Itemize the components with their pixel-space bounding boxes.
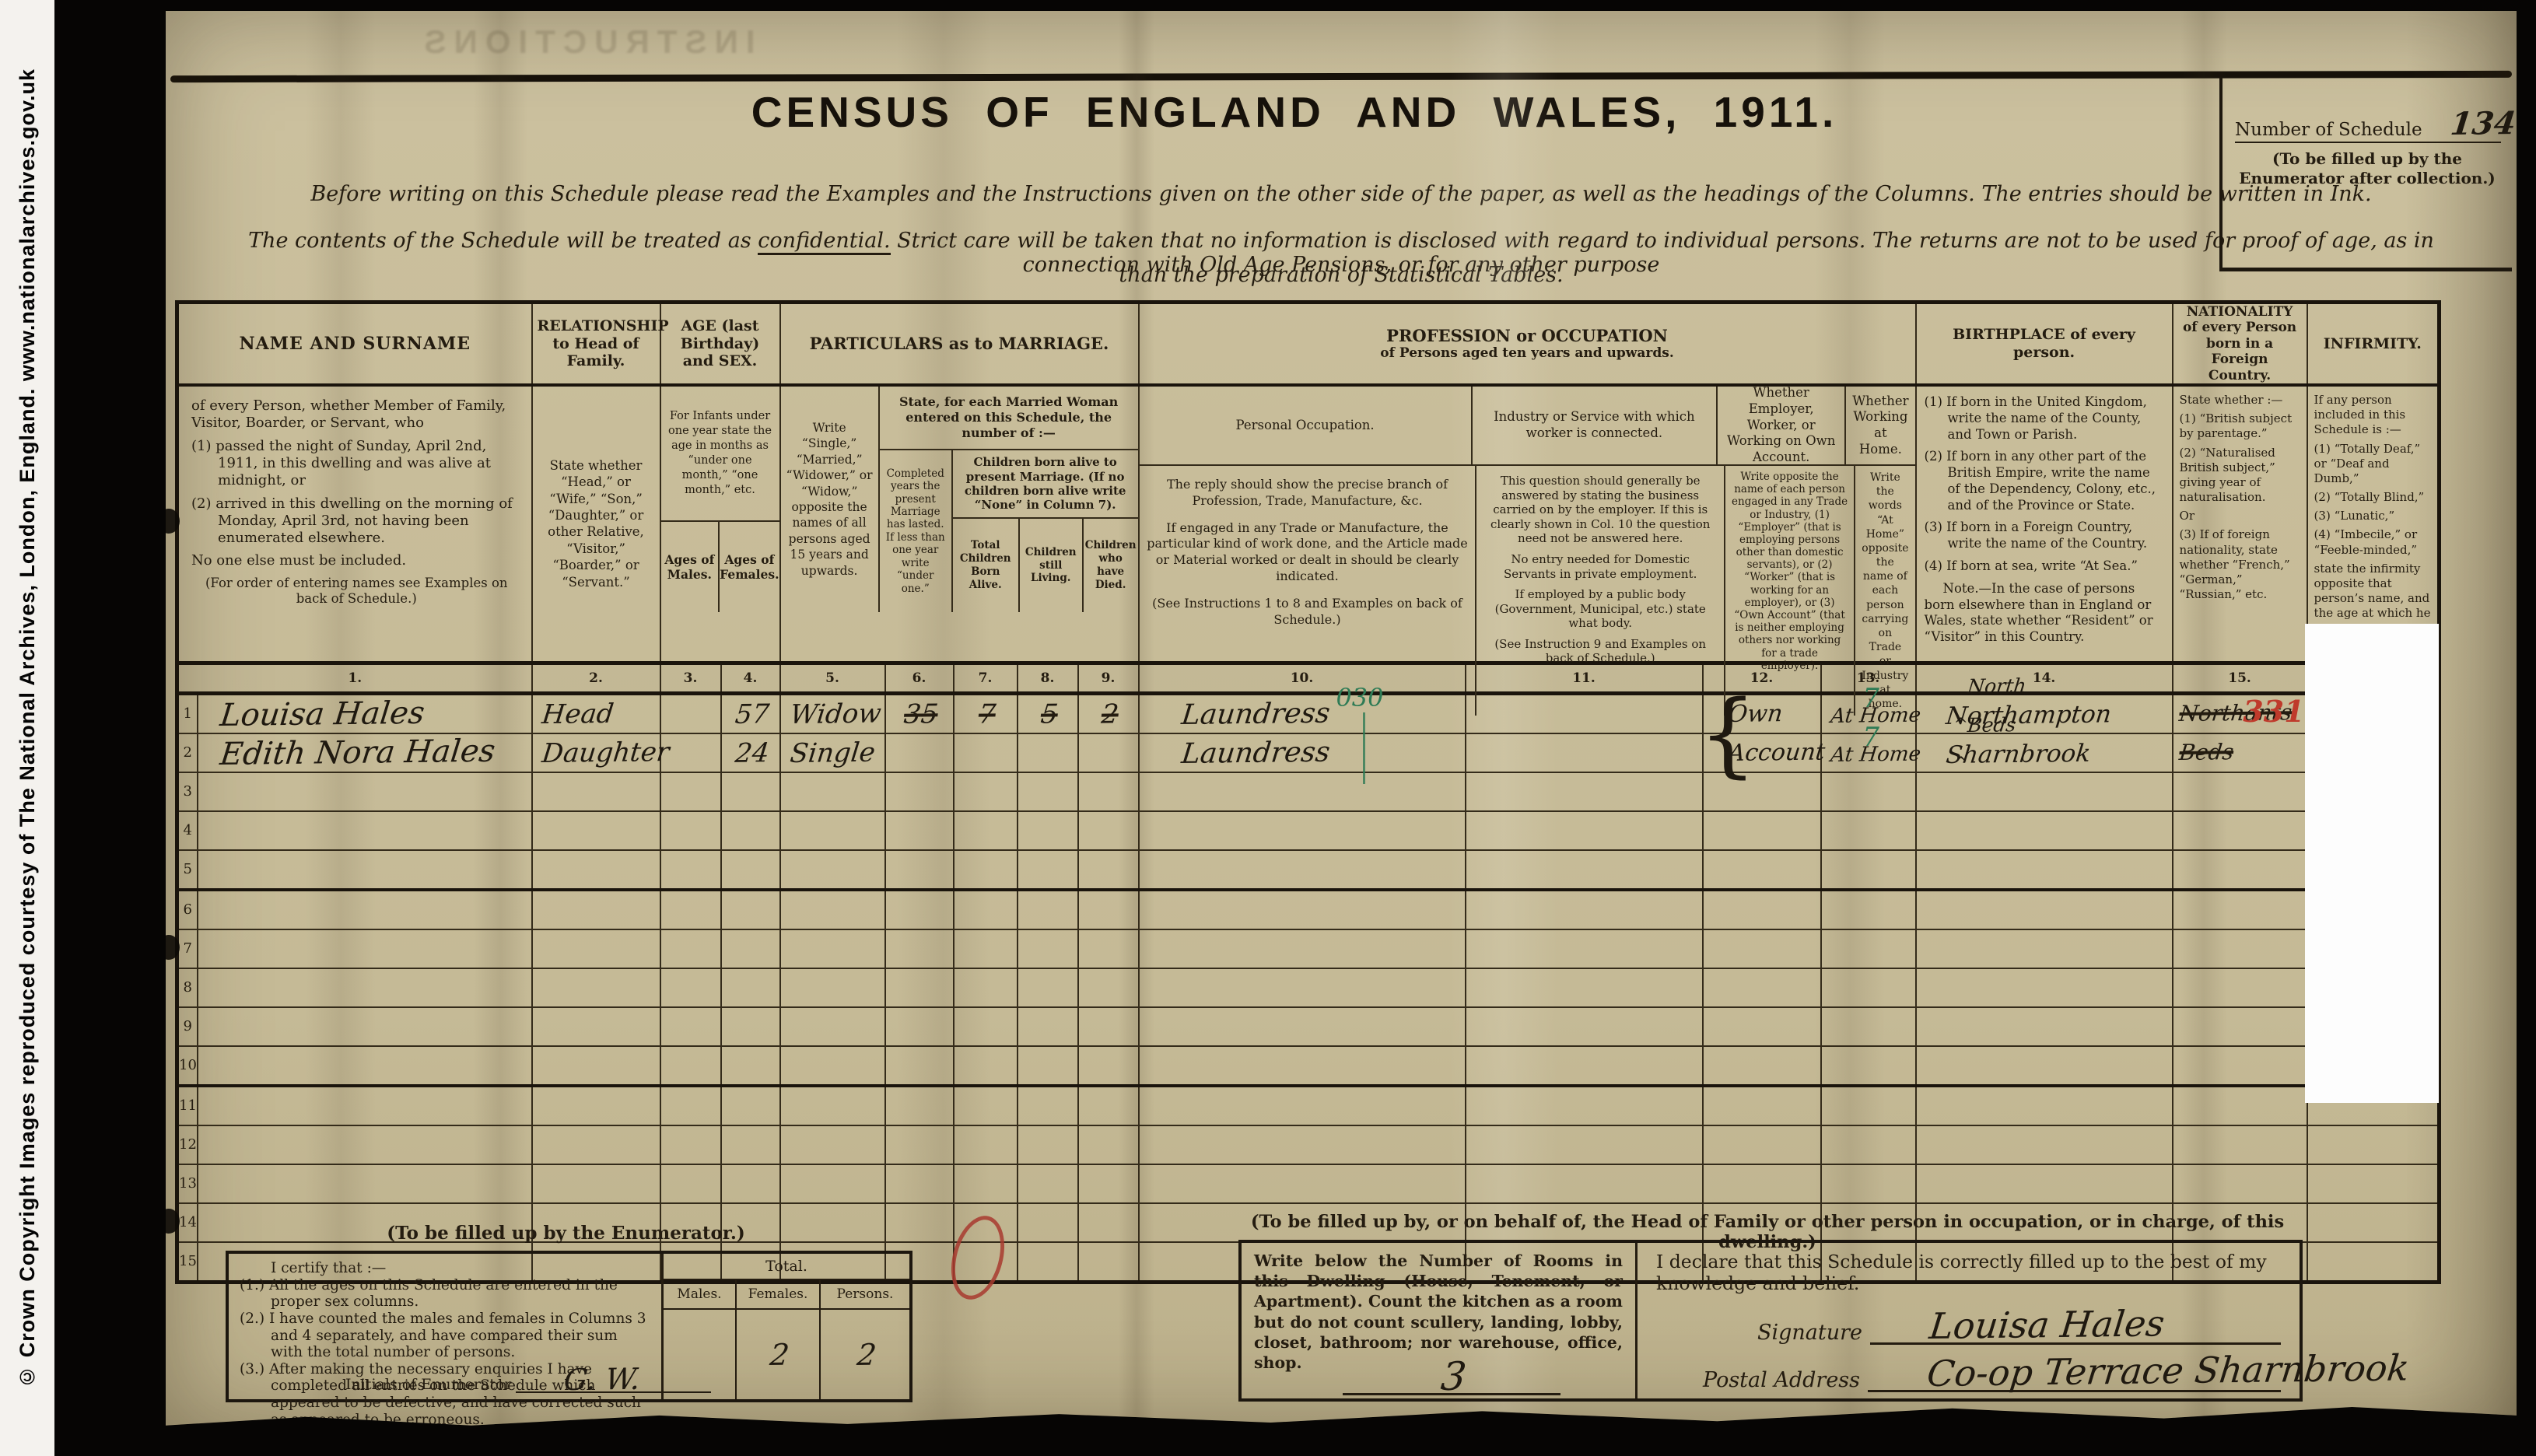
- handwritten-marital: Single: [789, 740, 877, 767]
- nationality-desc-line: State whether :—: [2180, 393, 2300, 408]
- handwritten-initials: G. W.: [562, 1364, 642, 1395]
- header-age: AGE (last Birthday) and SEX.: [660, 303, 780, 385]
- schedule-number-note: (To be filled up by the Enumerator after…: [2223, 149, 2512, 188]
- row-number: 15: [177, 1242, 198, 1283]
- header-birthplace: BIRTHPLACE of every person.: [1916, 303, 2173, 385]
- census-table: NAME AND SURNAME RELATIONSHIP to Head of…: [175, 300, 2441, 1284]
- entry-age-male: [660, 693, 721, 733]
- table-row: 11: [177, 1086, 2440, 1125]
- occupation-desc-line: (See Instructions 1 to 8 and Examples on…: [1146, 596, 1469, 628]
- employer-worker-label: Whether Employer, Worker, or Working on …: [1718, 387, 1846, 464]
- row-number: 13: [177, 1164, 198, 1203]
- table-row: 7: [177, 929, 2440, 968]
- handwritten-name: Louisa Hales: [219, 698, 426, 731]
- industry-desc-line: If employed by a public body (Government…: [1483, 587, 1718, 631]
- column-number: 3.: [660, 663, 721, 693]
- handwritten-brace: {: [1699, 688, 1757, 779]
- postal-address-line: Co-op Terrace Sharnbrook: [1868, 1381, 2281, 1392]
- header-description-row: of every Person, whether Member of Famil…: [177, 385, 2440, 663]
- enumerator-section-heading: (To be filled up by the Enumerator.): [226, 1223, 906, 1244]
- entry-industry: [1466, 733, 1703, 772]
- married-woman-note: State, for each Married Woman entered on…: [880, 387, 1138, 450]
- confidential-word: confidential.: [758, 229, 890, 255]
- header-marriage: PARTICULARS as to MARRIAGE.: [780, 303, 1139, 385]
- entry-marital: Single: [780, 733, 885, 772]
- handwritten-struck-value: 7: [955, 701, 1020, 728]
- copyright-sidebar: © Crown Copyright Images reproduced cour…: [0, 0, 54, 1456]
- birthplace-desc-note: Note.—In the case of persons born elsewh…: [1925, 581, 2164, 646]
- row-number: 4: [177, 811, 198, 850]
- rooms-instruction: Write below the Number of Rooms in this …: [1254, 1251, 1623, 1373]
- column-number: 8.: [1018, 663, 1078, 693]
- entry-at-home: 7At Home: [1821, 733, 1916, 772]
- entry-age-female: 57: [721, 693, 780, 733]
- row-number: 8: [177, 968, 198, 1007]
- inserted-county-annotation: Beds: [1967, 715, 2017, 735]
- certify-intro: I certify that :—: [240, 1260, 653, 1277]
- certification-text: I certify that :— (1.) All the ages on t…: [229, 1254, 661, 1399]
- age-infants-note: For Infants under one year state the age…: [661, 387, 779, 522]
- table-row: 9: [177, 1007, 2440, 1046]
- postal-address-row: Postal Address Co-op Terrace Sharnbrook: [1703, 1368, 2281, 1392]
- instruction-line-3: than the preparation of Statistical Tabl…: [166, 263, 2517, 287]
- header-profession-sub: of Persons aged ten years and upwards.: [1144, 345, 1911, 361]
- census-scan-page: © Crown Copyright Images reproduced cour…: [0, 0, 2536, 1456]
- profession-column-description: Personal Occupation. Industry or Service…: [1139, 385, 1916, 663]
- row-number: 3: [177, 772, 198, 811]
- column-number: 7.: [954, 663, 1018, 693]
- infirmity-column-description: If any person included in this Schedule …: [2307, 385, 2440, 663]
- header-name: NAME AND SURNAME: [177, 303, 532, 385]
- census-table-body: 1 Louisa Hales Head 57 Widow 35 7 5 2 La…: [177, 693, 2440, 1282]
- marriage-write-single-note: Write “Single,” “Married,” “Widower,” or…: [781, 387, 880, 612]
- infirmity-desc-line: (3) “Lunatic,”: [2314, 509, 2432, 523]
- children-living-label: Children still Living.: [1020, 519, 1084, 612]
- name-desc-line: of every Person, whether Member of Famil…: [191, 397, 522, 432]
- table-row: 8: [177, 968, 2440, 1007]
- copyright-text: © Crown Copyright Images reproduced cour…: [16, 68, 40, 1388]
- instruction-line-1: Before writing on this Schedule please r…: [166, 182, 2517, 206]
- entry-employment: {Own: [1703, 693, 1821, 733]
- name-column-description: of every Person, whether Member of Famil…: [177, 385, 532, 663]
- name-desc-line: (For order of entering names see Example…: [191, 576, 522, 607]
- handwritten-struck-value: 5: [1018, 701, 1081, 728]
- age-column-description: For Infants under one year state the age…: [660, 385, 780, 663]
- certify-item: (1.) All the ages on this Schedule are e…: [240, 1277, 653, 1311]
- table-row: 3: [177, 772, 2440, 811]
- children-born-alive-note: Children born alive to present Marriage.…: [953, 450, 1138, 519]
- handwritten-signature: Louisa Hales: [1928, 1305, 2166, 1344]
- table-row-2: 2 Edith Nora Hales Daughter 24 Single La…: [177, 733, 2440, 772]
- row-number: 10: [177, 1046, 198, 1086]
- entry-occupation: Laundress: [1139, 733, 1466, 772]
- entry-relationship: Head: [532, 693, 660, 733]
- entry-name: Louisa Hales: [198, 693, 532, 733]
- rooms-value-line: 3: [1343, 1357, 1560, 1395]
- total-persons-label: Persons.: [821, 1280, 909, 1308]
- column-number: 9.: [1078, 663, 1139, 693]
- row-number: 12: [177, 1125, 198, 1164]
- industry-description: This question should generally be answer…: [1476, 466, 1725, 716]
- column-number: 2.: [532, 663, 660, 693]
- entry-children-living: 5: [1018, 693, 1078, 733]
- signature-line: Louisa Hales: [1870, 1333, 2281, 1345]
- table-row: 5: [177, 850, 2440, 890]
- enumerator-certification-box: I certify that :— (1.) All the ages on t…: [226, 1251, 912, 1402]
- header-relationship: RELATIONSHIP to Head of Family.: [532, 303, 660, 385]
- nationality-desc-line: (3) If of foreign nationality, state whe…: [2180, 527, 2300, 602]
- working-at-home-label: Whether Working at Home.: [1846, 387, 1914, 464]
- entry-children-born: 7: [954, 693, 1018, 733]
- signature-label: Signature: [1757, 1321, 1862, 1345]
- handwritten-struck-value: 35: [886, 701, 956, 728]
- declaration-cell: I declare that this Schedule is correctl…: [1638, 1243, 2300, 1398]
- infirmity-desc-line: If any person included in this Schedule …: [2314, 393, 2432, 438]
- entry-children-died: [1078, 733, 1139, 772]
- enumerator-initials-row: Initials of Enumerator G. W.: [345, 1376, 711, 1393]
- completed-years-label: Completed years the present Marriage has…: [880, 450, 953, 612]
- handwritten-struck-value: 2: [1079, 701, 1141, 728]
- handwritten-age: 24: [722, 740, 783, 767]
- punch-hole: [158, 1209, 180, 1234]
- handwritten-rooms-count: 3: [1439, 1357, 1468, 1396]
- ages-of-males-label: Ages of Males.: [661, 522, 720, 612]
- ink-bleedthrough-text: INSTRUCTIONS: [236, 23, 936, 61]
- marriage-column-description: Write “Single,” “Married,” “Widower,” or…: [780, 385, 1139, 663]
- schedule-number-value: 134: [2449, 108, 2517, 140]
- name-desc-line: No one else must be included.: [191, 552, 522, 569]
- birthplace-desc-line: (1) If born in the United Kingdom, write…: [1925, 394, 2164, 443]
- entry-nationality: Beds: [2173, 733, 2307, 772]
- total-males-label: Males.: [664, 1280, 737, 1308]
- insertion-caret: ^: [1954, 754, 1968, 774]
- redaction-white-box: [2305, 624, 2439, 1103]
- green-annotation-line: [1363, 712, 1365, 784]
- entry-birthplace: Beds^Sharnbrook: [1916, 733, 2173, 772]
- total-persons-value: 2: [821, 1310, 909, 1399]
- industry-desc-line: This question should generally be answer…: [1483, 474, 1718, 546]
- schedule-number-box: Number of Schedule 134 (To be filled up …: [2219, 78, 2512, 271]
- employer-description: Write opposite the name of each person e…: [1725, 466, 1855, 716]
- row-number: 7: [177, 929, 198, 968]
- initials-line: G. W.: [516, 1384, 711, 1393]
- punch-hole: [158, 509, 180, 534]
- handwritten-age: 57: [722, 701, 783, 728]
- declaration-text: I declare that this Schedule is correctl…: [1656, 1251, 2281, 1294]
- postal-address-label: Postal Address: [1703, 1368, 1860, 1392]
- industry-desc-line: No entry needed for Domestic Servants in…: [1483, 552, 1718, 581]
- entry-age-female: 24: [721, 733, 780, 772]
- nationality-desc-line: Or: [2180, 509, 2300, 523]
- column-number: 15.: [2173, 663, 2307, 693]
- header-profession-title: PROFESSION or OCCUPATION: [1386, 326, 1668, 345]
- entry-birthplace: North^Northampton: [1916, 693, 2173, 733]
- inserted-county-annotation: North: [1967, 676, 2027, 696]
- row-number: 11: [177, 1086, 198, 1125]
- column-number: 4.: [721, 663, 780, 693]
- entry-nationality: Northants331: [2173, 693, 2307, 733]
- form-title: CENSUS OF ENGLAND AND WALES, 1911.: [166, 87, 2423, 137]
- green-tick-mark: 7: [1862, 683, 1879, 714]
- entry-occupation: Laundress030: [1139, 693, 1466, 733]
- row-number: 14: [177, 1203, 198, 1242]
- occupation-code-annotation: 030: [1336, 683, 1383, 712]
- entry-relationship: Daughter: [532, 733, 660, 772]
- initials-label: Initials of Enumerator: [345, 1376, 511, 1393]
- total-children-born-label: Total Children Born Alive.: [953, 519, 1020, 612]
- relationship-column-description: State whether “Head,” or “Wife,” “Son,” …: [532, 385, 660, 663]
- table-row: 4: [177, 811, 2440, 850]
- column-number: 1.: [177, 663, 532, 693]
- handwritten-occupation: Laundress: [1180, 739, 1332, 768]
- entry-marital: Widow: [780, 693, 885, 733]
- confidential-pre: The contents of the Schedule will be tre…: [248, 229, 758, 253]
- total-females-label: Females.: [737, 1280, 821, 1308]
- handwritten-name: Edith Nora Hales: [219, 736, 497, 770]
- header-group-row: NAME AND SURNAME RELATIONSHIP to Head of…: [177, 303, 2440, 385]
- occupation-desc-line: The reply should show the precise branch…: [1146, 477, 1469, 509]
- nationality-column-description: State whether :— (1) “British subject by…: [2173, 385, 2307, 663]
- total-header: Total.: [664, 1254, 909, 1280]
- row-number: 2: [177, 733, 198, 772]
- row-number: 9: [177, 1007, 198, 1046]
- header-profession: PROFESSION or OCCUPATIONof Persons aged …: [1139, 303, 1916, 385]
- entry-name: Edith Nora Hales: [198, 733, 532, 772]
- birthplace-column-description: (1) If born in the United Kingdom, write…: [1916, 385, 2173, 663]
- table-row: 10: [177, 1046, 2440, 1086]
- birthplace-desc-line: (4) If born at sea, write “At Sea.”: [1925, 558, 2164, 575]
- certify-item: (2.) I have counted the males and female…: [240, 1311, 653, 1361]
- birthplace-desc-line: (3) If born in a Foreign Country, write …: [1925, 520, 2164, 552]
- schedule-number-label: Number of Schedule: [2235, 120, 2422, 140]
- name-desc-line: (1) passed the night of Sunday, April 2n…: [191, 438, 522, 490]
- column-number: 5.: [780, 663, 885, 693]
- entry-years-married: 35: [885, 693, 954, 733]
- red-code-annotation: 331: [2243, 694, 2304, 729]
- industry-service-label: Industry or Service with which worker is…: [1473, 387, 1718, 464]
- signature-row: Signature Louisa Hales: [1757, 1321, 2281, 1345]
- ages-of-females-label: Ages of Females.: [720, 522, 779, 612]
- children-died-label: Children who have Died.: [1084, 519, 1138, 612]
- nationality-desc-line: (2) “Naturalised British subject,” givin…: [2180, 446, 2300, 506]
- header-nationality: NATIONALITY of every Person born in a Fo…: [2173, 303, 2307, 385]
- column-number: 6.: [885, 663, 954, 693]
- entry-years-married: [885, 733, 954, 772]
- entry-children-born: [954, 733, 1018, 772]
- name-desc-line: (2) arrived in this dwelling on the morn…: [191, 495, 522, 548]
- handwritten-marital: Widow: [789, 701, 882, 728]
- infirmity-desc-line: (4) “Imbecile,” or “Feeble-minded,”: [2314, 527, 2432, 557]
- declaration-box: Write below the Number of Rooms in this …: [1238, 1240, 2303, 1402]
- rooms-cell: Write below the Number of Rooms in this …: [1242, 1243, 1638, 1398]
- green-tick-mark: 7: [1862, 722, 1879, 753]
- table-row-1: 1 Louisa Hales Head 57 Widow 35 7 5 2 La…: [177, 693, 2440, 733]
- table-row: 6: [177, 890, 2440, 929]
- industry-desc-line: (See Instruction 9 and Examples on back …: [1483, 637, 1718, 666]
- occupation-desc-line: If engaged in any Trade or Manufacture, …: [1146, 520, 1469, 585]
- handwritten-occupation: Laundress: [1180, 700, 1332, 730]
- birthplace-desc-line: (2) If born in any other part of the Bri…: [1925, 449, 2164, 513]
- row-number: 6: [177, 890, 198, 929]
- handwritten-relationship: Daughter: [541, 739, 671, 767]
- table-row: 13: [177, 1164, 2440, 1203]
- personal-occupation-label: Personal Occupation.: [1140, 387, 1473, 464]
- entry-children-died: 2: [1078, 693, 1139, 733]
- handwritten-relationship: Head: [541, 701, 615, 728]
- handwritten-struck-entry: Beds: [2178, 741, 2235, 764]
- column-number: 14.: [1916, 663, 2173, 693]
- punch-hole: [158, 935, 180, 960]
- top-border-rule: [170, 71, 2512, 82]
- handwritten-total: 2: [856, 1339, 877, 1369]
- infirmity-desc-line: (1) “Totally Deaf,” or “Deaf and Dumb,”: [2314, 442, 2432, 487]
- row-number: 1: [177, 693, 198, 733]
- header-infirmity: INFIRMITY.: [2307, 303, 2440, 385]
- total-females-value: 2: [737, 1310, 821, 1399]
- insertion-caret: ^: [1954, 716, 1968, 735]
- census-form-paper: INSTRUCTIONS Number of Schedule 134 (To …: [166, 11, 2517, 1431]
- handwritten-postal-address: Co-op Terrace Sharnbrook: [1925, 1349, 2411, 1391]
- nationality-desc-line: (1) “British subject by parentage.”: [2180, 411, 2300, 441]
- handwritten-total: 2: [769, 1339, 790, 1369]
- entry-children-living: [1018, 733, 1078, 772]
- table-row: 12: [177, 1125, 2440, 1164]
- row-number: 5: [177, 850, 198, 890]
- infirmity-desc-line: (2) “Totally Blind,”: [2314, 490, 2432, 505]
